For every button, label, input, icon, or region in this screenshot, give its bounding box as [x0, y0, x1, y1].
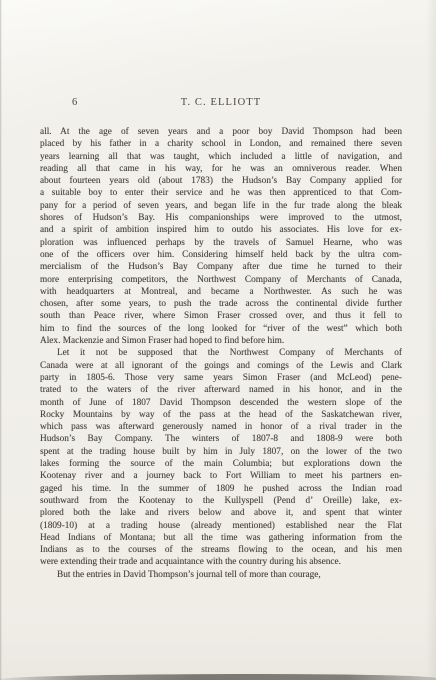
text-line: Canada were at all ignorant of the going… [40, 360, 402, 372]
text-line: were extending their trade and acquainta… [40, 556, 402, 568]
text-line: plored both the lake and rivers below an… [40, 507, 402, 519]
text-line: southward from the Kootenay to the Kully… [40, 495, 402, 507]
text-line: more enterprising competitors, the North… [40, 274, 402, 286]
text-line: a suitable boy to enter their service an… [40, 187, 402, 199]
text-line: But the entries in David Thompson’s jour… [40, 569, 402, 581]
text-line: pany for a period of seven years, and be… [40, 200, 402, 212]
text-line: party in 1805-6. Those very same years S… [40, 372, 402, 384]
text-line: mercialism of the Hudson’s Bay Company a… [40, 261, 402, 273]
running-title: T. C. ELLIOTT [40, 96, 402, 110]
page-left-edge-shadow [0, 0, 2, 680]
text-line: spent at the trading house built by him … [40, 446, 402, 458]
paragraph: all. At the age of seven years and a poo… [40, 126, 402, 347]
text-line: one of the officers over him. Considerin… [40, 249, 402, 261]
text-line: placed by his father in a charity school… [40, 138, 402, 150]
text-line: Rocky Mountains by way of the pass at th… [40, 409, 402, 421]
text-line: Head Indians of Montana; but all the tim… [40, 532, 402, 544]
text-line: about fourteen years old (about 1783) th… [40, 175, 402, 187]
text-line: month of June of 1807 David Thompson des… [40, 397, 402, 409]
text-line: Hudson’s Bay Company. The winters of 180… [40, 433, 402, 445]
text-line: (1809-10) at a trading house (already me… [40, 520, 402, 532]
text-line: chosen, after some years, to push the tr… [40, 298, 402, 310]
text-line: ploration was influenced perhaps by the … [40, 237, 402, 249]
text-line: Alex. Mackenzie and Simon Fraser had hop… [40, 335, 402, 347]
text-line: with headquarters at Montreal, and becam… [40, 286, 402, 298]
text-line: and a spirit of ambition inspired him to… [40, 224, 402, 236]
text-line: shores of Hudson’s Bay. His companionshi… [40, 212, 402, 224]
text-line: all. At the age of seven years and a poo… [40, 126, 402, 138]
text-line: Let it not be supposed that the Northwes… [40, 347, 402, 359]
text-line: years learning all that was taught, whic… [40, 151, 402, 163]
text-line: reading all that came in his way, for he… [40, 163, 402, 175]
text-line: gaged his time. In the summer of 1809 he… [40, 483, 402, 495]
text-line: lakes forming the source of the main Col… [40, 458, 402, 470]
text-line: trated to the waters of the river afterw… [40, 384, 402, 396]
text-line: Kootenay river and a journey back to For… [40, 470, 402, 482]
text-line: south than Peace river, where Simon Fras… [40, 310, 402, 322]
running-header: 6 T. C. ELLIOTT [40, 96, 402, 110]
paragraph: But the entries in David Thompson’s jour… [40, 569, 402, 581]
scanned-book-page: 6 T. C. ELLIOTT all. At the age of seven… [0, 0, 436, 680]
text-line: him to find the sources of the long look… [40, 323, 402, 335]
body-text: all. At the age of seven years and a poo… [40, 126, 402, 581]
paragraph: Let it not be supposed that the Northwes… [40, 347, 402, 568]
text-line: Indians as to the courses of the streams… [40, 544, 402, 556]
text-line: which pass was afterward generously name… [40, 421, 402, 433]
